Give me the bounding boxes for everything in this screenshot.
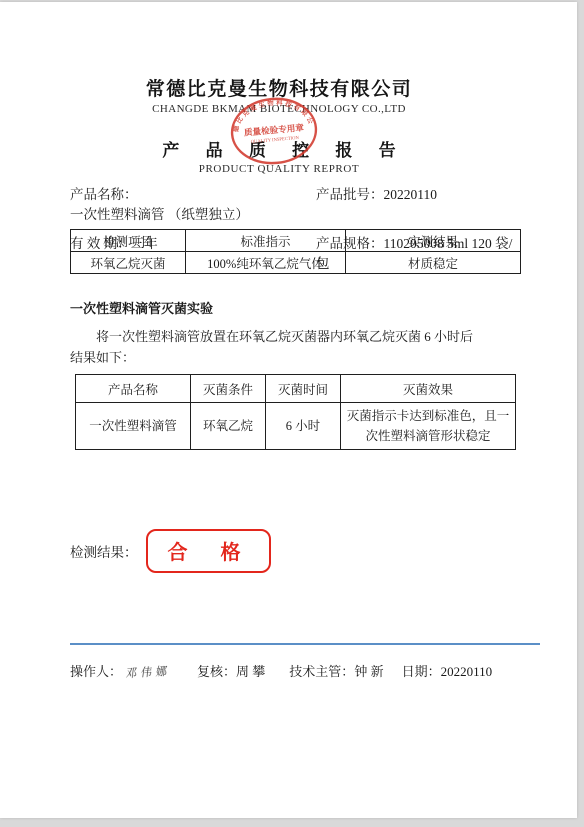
test-result-label: 检测结果： bbox=[70, 541, 138, 561]
batch-label: 产品批号： bbox=[316, 187, 384, 202]
table-header-cell: 灭菌条件 bbox=[191, 375, 266, 403]
report-header: 常德比克曼生物科技有限公司 CHANGDE BKMAM BIOTECHNOLOG… bbox=[0, 74, 558, 175]
table-cell: 6 小时 bbox=[266, 403, 341, 450]
batch-field: 产品批号：20220110 bbox=[316, 183, 522, 223]
table-header-row: 检测项目 标准指示 实测结果 bbox=[71, 230, 521, 252]
product-name-value: 一次性塑料滴管 （纸塑独立） bbox=[70, 207, 249, 222]
table-header-cell: 检测项目 bbox=[71, 230, 186, 252]
table-cell: 环氧乙烷 bbox=[191, 403, 266, 450]
table-cell: 100%纯环氧乙烷气体 bbox=[186, 252, 346, 274]
table-row: 环氧乙烷灭菌 100%纯环氧乙烷气体 材质稳定 bbox=[71, 252, 521, 274]
report-page: 常德比克曼生物科技有限公司 CHANGDE BKMAM BIOTECHNOLOG… bbox=[0, 2, 577, 818]
table-cell: 材质稳定 bbox=[346, 252, 521, 274]
table-header-cell: 实测结果 bbox=[346, 230, 521, 252]
table-header-cell: 灭菌效果 bbox=[341, 375, 516, 403]
table-cell: 环氧乙烷灭菌 bbox=[71, 252, 186, 274]
table-header-row: 产品名称 灭菌条件 灭菌时间 灭菌效果 bbox=[76, 375, 516, 403]
company-name-en: CHANGDE BKMAM BIOTECHNOLOGY CO.,LTD bbox=[0, 103, 558, 115]
signature-footer: 操作人： 邓伟娜 复核： 周 攀 技术主管： 钟 新 日期： 20220110 bbox=[70, 661, 550, 680]
reviewer-value: 周 攀 bbox=[236, 661, 265, 680]
operator-label: 操作人： bbox=[70, 661, 122, 680]
operator-signature: 邓伟娜 bbox=[125, 663, 172, 681]
table-header-cell: 标准指示 bbox=[186, 230, 346, 252]
company-name-cn: 常德比克曼生物科技有限公司 bbox=[0, 74, 558, 101]
product-name-label: 产品名称： bbox=[70, 187, 138, 202]
table-cell: 灭菌指示卡达到标准色，且一次性塑料滴管形状稳定 bbox=[341, 403, 516, 450]
product-info-row: 产品名称：一次性塑料滴管 （纸塑独立） 产品批号：20220110 bbox=[70, 183, 522, 223]
table-row: 一次性塑料滴管 环氧乙烷 6 小时 灭菌指示卡达到标准色，且一次性塑料滴管形状稳… bbox=[76, 403, 516, 450]
report-title-cn: 产 品 质 控 报 告 bbox=[0, 136, 558, 161]
sterilization-table: 产品名称 灭菌条件 灭菌时间 灭菌效果 一次性塑料滴管 环氧乙烷 6 小时 灭菌… bbox=[75, 374, 516, 450]
inspection-table: 检测项目 标准指示 实测结果 环氧乙烷灭菌 100%纯环氧乙烷气体 材质稳定 bbox=[70, 229, 521, 274]
report-title-en: PRODUCT QUALITY REPROT bbox=[0, 163, 558, 175]
experiment-section: 一次性塑料滴管灭菌实验 将一次性塑料滴管放置在环氧乙烷灭菌器内环氧乙烷灭菌 6 … bbox=[70, 298, 530, 368]
pass-stamp: 合 格 bbox=[146, 529, 271, 573]
product-name-field: 产品名称：一次性塑料滴管 （纸塑独立） bbox=[70, 183, 316, 223]
table-cell: 一次性塑料滴管 bbox=[76, 403, 191, 450]
table-header-cell: 产品名称 bbox=[76, 375, 191, 403]
date-label: 日期： bbox=[402, 661, 441, 680]
table-header-cell: 灭菌时间 bbox=[266, 375, 341, 403]
footer-divider bbox=[70, 643, 540, 645]
reviewer-label: 复核： bbox=[197, 661, 236, 680]
test-result: 检测结果： 合 格 bbox=[70, 529, 271, 573]
supervisor-value: 钟 新 bbox=[354, 661, 383, 680]
supervisor-label: 技术主管： bbox=[289, 661, 354, 680]
date-value: 20220110 bbox=[441, 664, 493, 680]
batch-value: 20220110 bbox=[384, 187, 438, 202]
experiment-title: 一次性塑料滴管灭菌实验 bbox=[70, 298, 530, 317]
experiment-description: 将一次性塑料滴管放置在环氧乙烷灭菌器内环氧乙烷灭菌 6 小时后 bbox=[70, 326, 530, 347]
experiment-result-intro: 结果如下： bbox=[70, 347, 530, 368]
